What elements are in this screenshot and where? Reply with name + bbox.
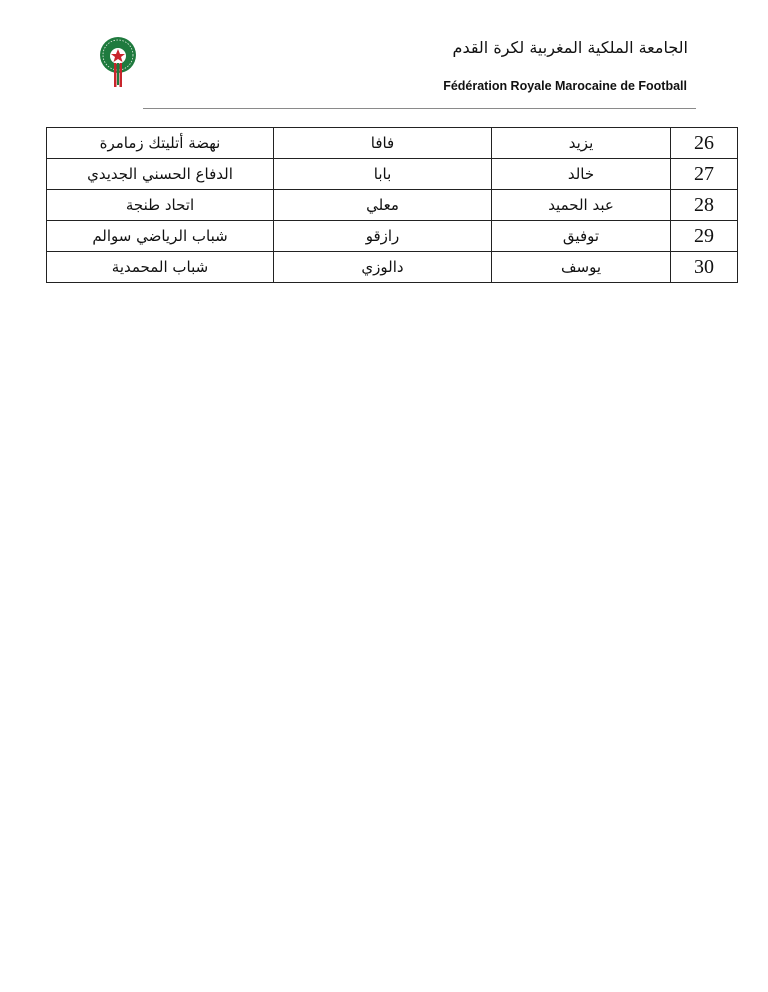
club-cell: شباب الرياضي سوالم <box>47 221 274 252</box>
last-name-cell: فافا <box>274 128 492 159</box>
club-cell: شباب المحمدية <box>47 252 274 283</box>
last-name-cell: رازقو <box>274 221 492 252</box>
last-name-cell: دالوزي <box>274 252 492 283</box>
row-number: 26 <box>671 128 738 159</box>
table-row: 26 يزيد فافا نهضة أتليتك زمامرة <box>47 128 738 159</box>
first-name-cell: خالد <box>492 159 671 190</box>
table-row: 30 يوسف دالوزي شباب المحمدية <box>47 252 738 283</box>
row-number: 29 <box>671 221 738 252</box>
last-name-cell: بابا <box>274 159 492 190</box>
federation-name-arabic: الجامعة الملكية المغربية لكرة القدم <box>453 38 688 57</box>
federation-name-french: Fédération Royale Marocaine de Football <box>443 79 687 93</box>
first-name-cell: عبد الحميد <box>492 190 671 221</box>
table-row: 29 توفيق رازقو شباب الرياضي سوالم <box>47 221 738 252</box>
row-number: 30 <box>671 252 738 283</box>
table-row: 27 خالد بابا الدفاع الحسني الجديدي <box>47 159 738 190</box>
first-name-cell: يوسف <box>492 252 671 283</box>
players-table: 26 يزيد فافا نهضة أتليتك زمامرة 27 خالد … <box>46 127 738 283</box>
header-divider <box>143 108 696 109</box>
first-name-cell: يزيد <box>492 128 671 159</box>
club-cell: الدفاع الحسني الجديدي <box>47 159 274 190</box>
first-name-cell: توفيق <box>492 221 671 252</box>
table-row: 28 عبد الحميد معلي اتحاد طنجة <box>47 190 738 221</box>
row-number: 28 <box>671 190 738 221</box>
last-name-cell: معلي <box>274 190 492 221</box>
club-cell: نهضة أتليتك زمامرة <box>47 128 274 159</box>
club-cell: اتحاد طنجة <box>47 190 274 221</box>
frmf-crest-icon <box>98 36 138 88</box>
row-number: 27 <box>671 159 738 190</box>
